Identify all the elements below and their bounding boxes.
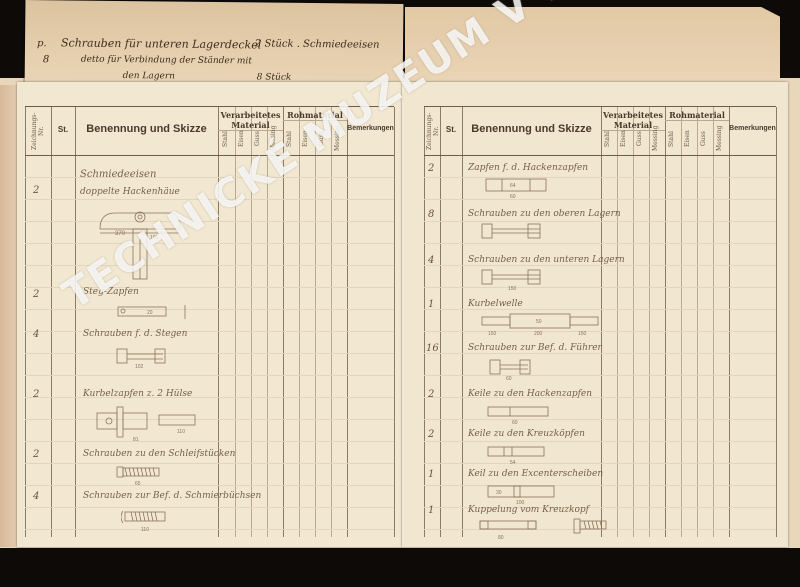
item-name: Schrauben zur Bef. d. Schmierbüchsen	[83, 491, 261, 501]
item-qty: 2	[33, 185, 39, 196]
item-name: Keile zu den Kreuzköpfen	[468, 429, 585, 439]
bolt-sketch	[480, 221, 560, 243]
bolt-sketch-3: 60	[488, 357, 548, 381]
item-qty: 1	[428, 469, 434, 480]
item-qty: 2	[428, 429, 434, 440]
item-name: Schrauben zu den oberen Lagern	[468, 209, 621, 219]
parts-list-form-left: Zeichnungs-Nr. St. Benennung und Skizze …	[25, 106, 394, 537]
top-left-handwritten-sheet: p. Schrauben für unteren Lagerdeckel 2 S…	[25, 0, 404, 94]
svg-text:81: 81	[133, 437, 139, 443]
screw-sketch: 65	[115, 463, 185, 487]
top-sheet-line-2: detto für Verbindung der Ständer mit	[81, 55, 252, 67]
item-name: Schrauben f. d. Stegen	[83, 329, 187, 339]
item-name: Schmiedeeisen	[80, 169, 156, 180]
header-drawing-number: Zeichnungs-Nr.	[426, 111, 438, 151]
item-name: Keile zu den Hackenzapfen	[468, 389, 592, 399]
item-qty: 4	[33, 491, 39, 502]
left-form-page: Zeichnungs-Nr. St. Benennung und Skizze …	[17, 82, 402, 547]
svg-text:65: 65	[135, 481, 141, 487]
item-qty: 1	[428, 299, 434, 310]
svg-text:30: 30	[496, 490, 502, 496]
svg-text:150: 150	[508, 286, 517, 291]
header-iron: Eisen	[238, 127, 248, 151]
item-name: Schrauben zu den unteren Lagern	[468, 255, 625, 265]
top-sheet-qty-1: 2 Stück . Schmiedeeisen	[255, 38, 380, 50]
svg-text:110: 110	[177, 429, 185, 435]
item-qty: 16	[426, 343, 439, 354]
item-name: Kurbelwelle	[468, 299, 523, 309]
pin-sketch: 6460	[484, 177, 554, 201]
right-form-page: Zeichnungs-Nr. St. Benennung und Skizze …	[402, 82, 788, 547]
item-subname: doppelte Hackenhäue	[80, 187, 180, 197]
item-qty: 1	[428, 505, 434, 516]
item-name: Schrauben zur Bef. d. Führer	[468, 343, 602, 353]
item-qty: 2	[33, 389, 39, 400]
header-steel: Stahl	[222, 127, 232, 151]
header-drawing-number: Zeichnungs-Nr.	[31, 111, 45, 151]
bolt-sketch: 102	[115, 345, 185, 369]
item-name: Kuppelung vom Kreuzkopf	[468, 505, 589, 515]
header-qty: St.	[440, 125, 462, 134]
header-cast: Guss	[636, 127, 646, 151]
item-qty: 2	[428, 163, 434, 174]
top-sheet-line-3: den Lagern	[123, 71, 175, 82]
item-name: Zapfen f. d. Hackenzapfen	[468, 163, 588, 173]
svg-text:150: 150	[578, 331, 587, 337]
header-steel: Stahl	[604, 127, 614, 151]
header-remarks: Bemerkungen	[729, 125, 776, 132]
key-sketch-2: 54	[486, 443, 556, 465]
header-name-sketch: Benennung und Skizze	[75, 123, 218, 135]
header-raw-iron: Eisen	[684, 127, 694, 151]
header-raw-cast: Guss	[700, 127, 710, 151]
item-qty: 2	[33, 289, 39, 300]
header-brass: Messing	[652, 127, 662, 151]
svg-text:64: 64	[510, 183, 516, 189]
item-name: Schrauben zu den Schleifstücken	[83, 449, 235, 459]
key-sketch: 60	[486, 403, 556, 425]
item-qty: 4	[33, 329, 39, 340]
svg-text:110: 110	[141, 527, 149, 533]
key-sketch-3: 30100	[486, 483, 566, 505]
form-header-right: Zeichnungs-Nr. St. Benennung und Skizze …	[424, 107, 776, 156]
svg-text:60: 60	[510, 194, 516, 200]
top-sheet-marker-2: 8	[43, 54, 49, 65]
bridge-pin-sketch: 20	[115, 303, 195, 323]
bolt-sketch-2: 150	[480, 267, 560, 291]
svg-text:54: 54	[510, 460, 516, 465]
svg-text:20: 20	[147, 310, 153, 316]
header-name-sketch: Benennung und Skizze	[462, 123, 601, 135]
crankshaft-sketch: 50150200150	[480, 311, 600, 337]
item-qty: 2	[33, 449, 39, 460]
item-name: Keil zu den Excenterscheiben	[468, 469, 603, 479]
crank-pin-sketch: 81110	[93, 405, 213, 445]
parts-list-form-right: Zeichnungs-Nr. St. Benennung und Skizze …	[424, 106, 776, 537]
svg-text:150: 150	[488, 331, 497, 337]
header-qty: St.	[51, 125, 75, 134]
item-qty: 4	[428, 255, 434, 266]
item-qty: 8	[428, 209, 434, 220]
top-sheet-line-1: Schrauben für unteren Lagerdeckel	[61, 36, 261, 51]
svg-text:60: 60	[506, 376, 512, 381]
svg-text:50: 50	[536, 319, 542, 325]
header-iron: Eisen	[620, 127, 630, 151]
top-sheet-marker-1: p.	[37, 38, 47, 49]
screw-sketch-2: 110	[121, 507, 191, 533]
header-raw-brass: Messing	[716, 127, 726, 151]
svg-text:80: 80	[498, 535, 504, 541]
coupling-sketch: 80	[478, 517, 618, 545]
item-qty: 2	[428, 389, 434, 400]
header-raw-steel: Stahl	[668, 127, 678, 151]
item-name: Kurbelzapfen z. 2 Hülse	[83, 389, 192, 399]
svg-text:60: 60	[512, 420, 518, 425]
svg-text:200: 200	[534, 331, 543, 337]
header-raw-material: Rohmaterial	[665, 110, 729, 121]
svg-text:102: 102	[135, 364, 144, 369]
